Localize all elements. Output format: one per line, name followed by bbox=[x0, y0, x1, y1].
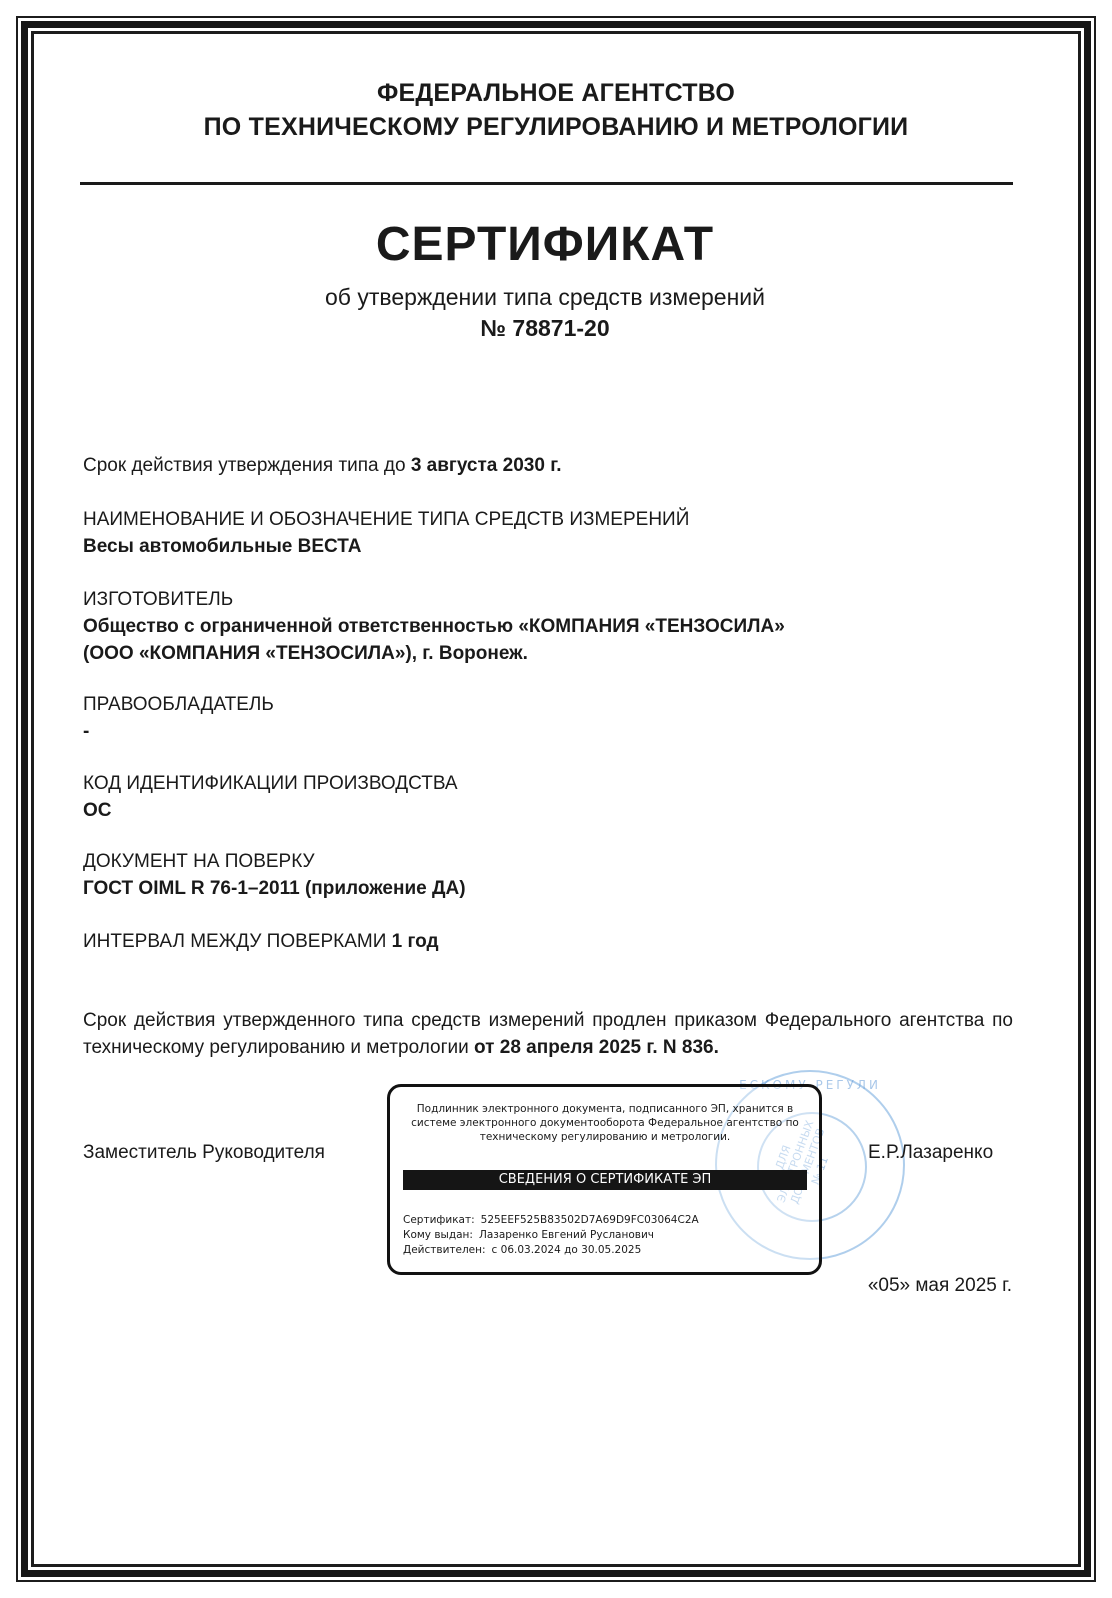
validity-text: Срок действия утверждения типа до bbox=[83, 455, 411, 476]
interval-value: 1 год bbox=[392, 931, 439, 952]
esig-note: Подлинник электронного документа, подпис… bbox=[400, 1102, 810, 1144]
field-value: ОС bbox=[83, 797, 458, 824]
validity-line: Срок действия утверждения типа до 3 авгу… bbox=[83, 452, 561, 479]
esig-row-issued-to: Кому выдан:Лазаренко Евгений Русланович bbox=[403, 1228, 699, 1243]
certificate-title: СЕРТИФИКАТ bbox=[0, 216, 1090, 274]
field-value: - bbox=[83, 718, 274, 745]
field-manufacturer: ИЗГОТОВИТЕЛЬ Общество с ограниченной отв… bbox=[83, 586, 785, 667]
extension-paragraph: Срок действия утвержденного типа средств… bbox=[83, 1007, 1013, 1061]
certificate-number: № 78871-20 bbox=[0, 313, 1090, 343]
esig-row-certificate: Сертификат:525EEF525B83502D7A69D9FC03064… bbox=[403, 1213, 699, 1228]
agency-line-2: ПО ТЕХНИЧЕСКОМУ РЕГУЛИРОВАНИЮ И МЕТРОЛОГ… bbox=[0, 110, 1112, 144]
field-production-code: КОД ИДЕНТИФИКАЦИИ ПРОИЗВОДСТВА ОС bbox=[83, 770, 458, 824]
certificate-subtitle: об утверждении типа средств измерений bbox=[0, 282, 1090, 312]
esig-value: 525EEF525B83502D7A69D9FC03064C2A bbox=[481, 1214, 699, 1226]
field-value: Весы автомобильные ВЕСТА bbox=[83, 533, 689, 560]
signature-date: «05» мая 2025 г. bbox=[868, 1273, 1012, 1299]
esig-details: Сертификат:525EEF525B83502D7A69D9FC03064… bbox=[403, 1213, 699, 1258]
field-label: ИЗГОТОВИТЕЛЬ bbox=[83, 586, 785, 613]
field-label: ДОКУМЕНТ НА ПОВЕРКУ bbox=[83, 848, 466, 875]
esig-row-valid: Действителен:с 06.03.2024 до 30.05.2025 bbox=[403, 1243, 699, 1258]
esig-value: Лазаренко Евгений Русланович bbox=[479, 1229, 654, 1241]
electronic-signature-box: Подлинник электронного документа, подпис… bbox=[387, 1084, 822, 1275]
signer-position: Заместитель Руководителя bbox=[83, 1140, 325, 1166]
verification-interval: ИНТЕРВАЛ МЕЖДУ ПОВЕРКАМИ 1 год bbox=[83, 928, 439, 955]
header-divider bbox=[80, 182, 1013, 185]
esig-key: Действителен: bbox=[403, 1243, 486, 1258]
field-label: КОД ИДЕНТИФИКАЦИИ ПРОИЗВОДСТВА bbox=[83, 770, 458, 797]
signer-name: Е.Р.Лазаренко bbox=[868, 1140, 993, 1166]
esig-key: Кому выдан: bbox=[403, 1228, 473, 1243]
field-label: НАИМЕНОВАНИЕ И ОБОЗНАЧЕНИЕ ТИПА СРЕДСТВ … bbox=[83, 506, 689, 533]
extension-order: от 28 апреля 2025 г. N 836. bbox=[474, 1037, 719, 1058]
field-value: (ООО «КОМПАНИЯ «ТЕНЗОСИЛА»), г. Воронеж. bbox=[83, 640, 785, 667]
field-label: ПРАВООБЛАДАТЕЛЬ bbox=[83, 691, 274, 718]
agency-header: ФЕДЕРАЛЬНОЕ АГЕНТСТВО ПО ТЕХНИЧЕСКОМУ РЕ… bbox=[0, 76, 1112, 144]
esig-value: с 06.03.2024 до 30.05.2025 bbox=[492, 1244, 642, 1256]
validity-date: 3 августа 2030 г. bbox=[411, 455, 562, 476]
field-value: Общество с ограниченной ответственностью… bbox=[83, 613, 785, 640]
field-instrument-type: НАИМЕНОВАНИЕ И ОБОЗНАЧЕНИЕ ТИПА СРЕДСТВ … bbox=[83, 506, 689, 560]
esig-title-bar: СВЕДЕНИЯ О СЕРТИФИКАТЕ ЭП bbox=[403, 1170, 807, 1190]
esig-key: Сертификат: bbox=[403, 1213, 475, 1228]
interval-label: ИНТЕРВАЛ МЕЖДУ ПОВЕРКАМИ bbox=[83, 931, 392, 952]
agency-line-1: ФЕДЕРАЛЬНОЕ АГЕНТСТВО bbox=[0, 76, 1112, 110]
field-verification-document: ДОКУМЕНТ НА ПОВЕРКУ ГОСТ OIML R 76-1–201… bbox=[83, 848, 466, 902]
field-rights-holder: ПРАВООБЛАДАТЕЛЬ - bbox=[83, 691, 274, 745]
field-value: ГОСТ OIML R 76-1–2011 (приложение ДА) bbox=[83, 875, 466, 902]
